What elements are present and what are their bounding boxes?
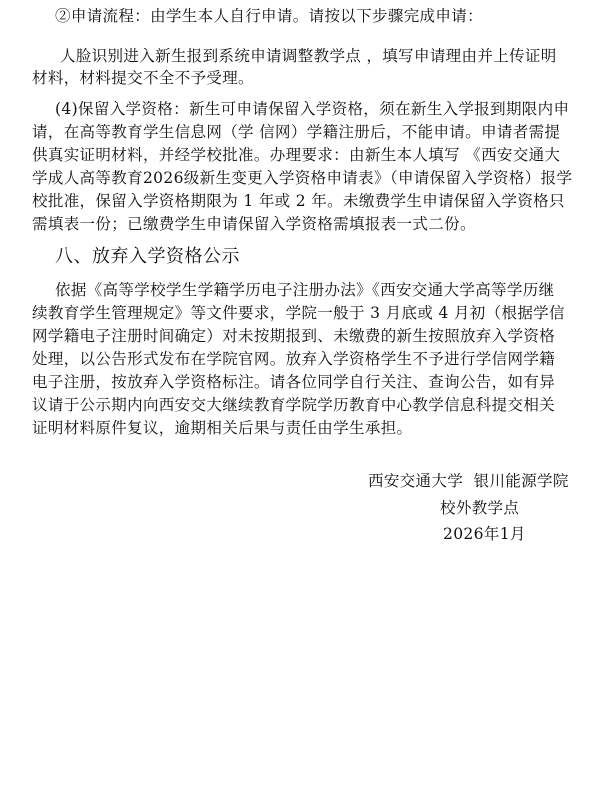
section-8-body-line: 议请于公示期内向西安交大继续教育学院学历教育中心教学信息科提交相关 [32, 394, 555, 416]
item2-body-line: 人脸识别进入新生报到系统申请调整教学点 ，填写申请理由并上传证明 [60, 45, 557, 67]
item4-line: 学成人高等教育2026级新生变更入学资格申请表》（申请保留入学资格）报学 [32, 167, 572, 189]
item4-line: 供真实证明材料，并经学校批准。办理要求：由新生本人填写 《西安交通大 [32, 144, 560, 166]
signature-date: 2026年1月 [443, 523, 526, 545]
item4-line: 校批准，保留入学资格期限为 1 年或 2 年。未缴费学生申请保留入学资格只 [32, 190, 565, 212]
section-8-body-line: 证明材料原件复议，逾期相关后果与责任由学生承担。 [32, 417, 412, 439]
item2-body-line: 材料，材料提交不全不予受理。 [32, 67, 254, 89]
section-8-heading: 八、放弃入学资格公示 [55, 245, 240, 269]
item4-line: 需填表一份；已缴费学生申请保留入学资格需填报表一式二份。 [32, 213, 476, 235]
section-8-body-line: 依据《高等学校学生学籍学历电子注册办法》《西安交通大学高等学历继 [55, 279, 554, 301]
signature-unit: 校外教学点 [440, 497, 519, 519]
section-8-body-line: 续教育学生管理规定》等文件要求，学院一般于 3 月底或 4 月初（根据学信 [32, 302, 565, 324]
item4-line: (4)保留入学资格：新生可申请保留入学资格，须在新生入学报到期限内申 [55, 98, 569, 120]
section-8-body-line: 电子注册，按放弃入学资格标注。请各位同学自行关注、查询公告，如有异 [32, 371, 555, 393]
item4-line: 请，在高等教育学生信息网（学 信网）学籍注册后，不能申请。申请者需提 [32, 121, 560, 143]
signature-organization: 西安交通大学 银川能源学院 [368, 470, 569, 492]
item2-title: ②申请流程：由学生本人自行申请。请按以下步骤完成申请： [55, 5, 483, 27]
section-8-body-line: 网学籍电子注册时间确定）对未按期报到、未缴费的新生按照放弃入学资格 [32, 325, 555, 347]
section-8-body-line: 处理，以公告形式发布在学院官网。放弃入学资格学生不予进行学信网学籍 [32, 348, 555, 370]
